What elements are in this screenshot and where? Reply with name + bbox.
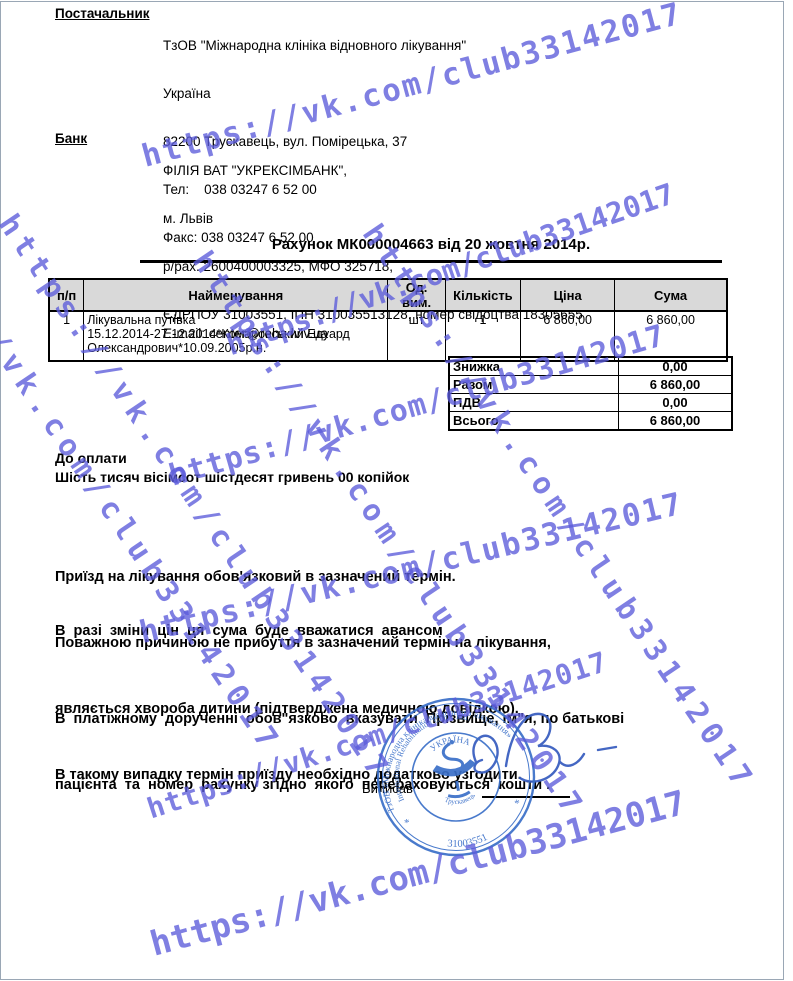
item-unit: шт bbox=[388, 311, 445, 361]
discount-value: 0,00 bbox=[619, 357, 733, 376]
table-row: Знижка 0,00 bbox=[449, 357, 732, 376]
invoice-title: Рахунок МК000004663 від 20 жовтня 2014р. bbox=[140, 236, 722, 253]
stamp-org-name-en: International Rehabilitation Clinic Ltd. bbox=[382, 709, 484, 804]
amount-in-words: Шість тисяч вісімсот шістдесят гривень 0… bbox=[55, 469, 409, 485]
item-num: 1 bbox=[49, 311, 84, 361]
title-rule bbox=[140, 260, 722, 263]
table-row: Разом 6 860,00 bbox=[449, 376, 732, 394]
subtotal-value: 6 860,00 bbox=[619, 376, 733, 394]
svg-text:Трускавець: Трускавець bbox=[442, 791, 478, 809]
items-table: п/п Найменування Од. вим. Кількість Ціна… bbox=[48, 278, 728, 362]
stamp-city: Трускавець bbox=[442, 791, 478, 809]
col-header-name: Найменування bbox=[84, 279, 388, 311]
bank-name: ФІЛІЯ ВАТ "УКРЕКСІМБАНК", bbox=[163, 163, 583, 179]
col-header-num: п/п bbox=[49, 279, 84, 311]
vat-value: 0,00 bbox=[619, 394, 733, 412]
supplier-company: ТзОВ "Міжнародна клініка відновного ліку… bbox=[163, 38, 466, 54]
item-price: 6 860,00 bbox=[521, 311, 615, 361]
svg-text:International Rehabilitation C: International Rehabilitation Clinic Ltd. bbox=[382, 709, 484, 804]
total-value: 6 860,00 bbox=[619, 412, 733, 431]
col-header-price: Ціна bbox=[521, 279, 615, 311]
vat-label: ПДВ bbox=[449, 394, 619, 412]
col-header-qty: Кількість bbox=[445, 279, 521, 311]
invoice-document: Постачальник ТзОВ "Міжнародна клініка ві… bbox=[0, 0, 793, 981]
item-name: Лікувальна путівка 15.12.2014-27.12.2014… bbox=[84, 311, 388, 361]
col-header-unit: Од. вим. bbox=[388, 279, 445, 311]
svg-text:*: * bbox=[514, 797, 522, 810]
col-header-sum: Сума bbox=[615, 279, 727, 311]
amount-due-label: До оплати bbox=[55, 450, 127, 466]
clinic-round-stamp: ТзОВ «Міжнародна клініка відновного ліку… bbox=[372, 693, 540, 861]
table-row: ПДВ 0,00 bbox=[449, 394, 732, 412]
item-sum: 6 860,00 bbox=[615, 311, 727, 361]
supplier-label: Постачальник bbox=[55, 6, 150, 22]
supplier-country: Україна bbox=[163, 86, 466, 102]
discount-label: Знижка bbox=[449, 357, 619, 376]
advance-note: В разі зміни цін ця сума буде вважатися … bbox=[55, 620, 443, 642]
items-table-header-row: п/п Найменування Од. вим. Кількість Ціна… bbox=[49, 279, 727, 311]
table-row: 1 Лікувальна путівка 15.12.2014-27.12.20… bbox=[49, 311, 727, 361]
bank-label: Банк bbox=[55, 131, 87, 147]
table-row: Всього 6 860,00 bbox=[449, 412, 732, 431]
item-qty: 1 bbox=[445, 311, 521, 361]
svg-text:*: * bbox=[403, 817, 411, 830]
subtotal-label: Разом bbox=[449, 376, 619, 394]
bank-city: м. Львів bbox=[163, 211, 583, 227]
totals-table: Знижка 0,00 Разом 6 860,00 ПДВ 0,00 Всьо… bbox=[448, 356, 733, 431]
total-label: Всього bbox=[449, 412, 619, 431]
